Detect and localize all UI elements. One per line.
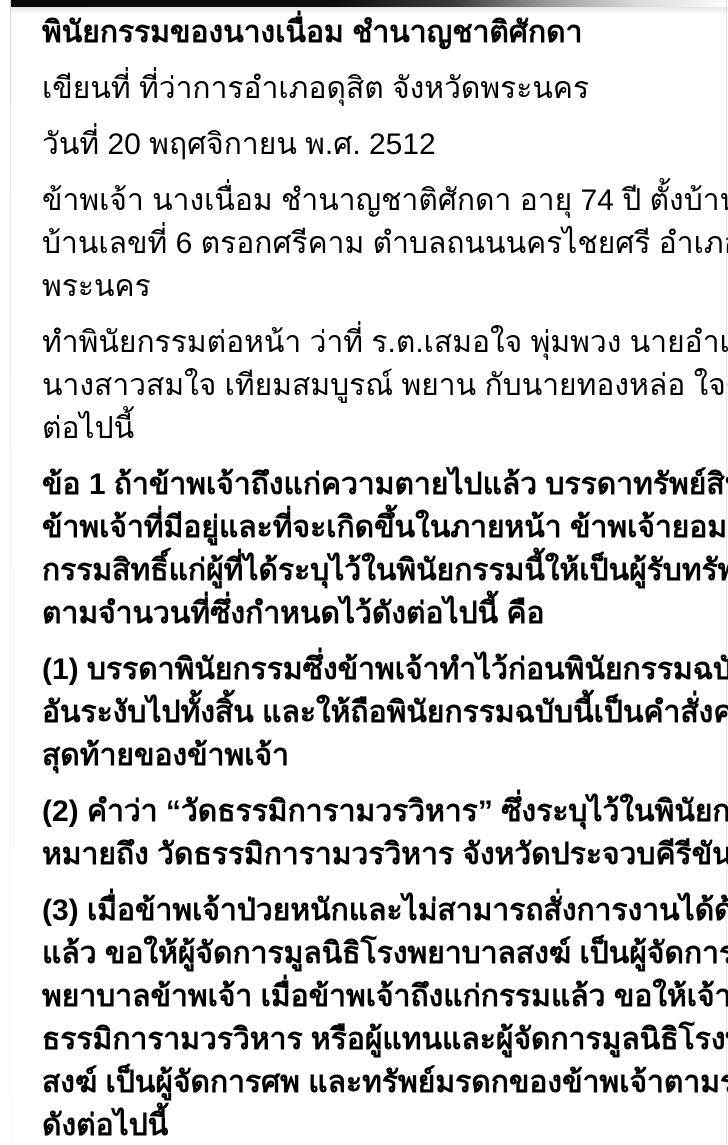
text-line: ข้อ 1 ถ้าข้าพเจ้าถึงแก่ความตายไปแล้ว บรร… — [42, 463, 694, 506]
text-line: อันระงับไปทั้งสิ้น และให้ถือพินัยกรรมฉบั… — [42, 691, 694, 734]
text-line: ธรรมิการามวรวิหาร หรือผู้แทนและผู้จัดการ… — [42, 1018, 694, 1061]
text-line: (3) เมื่อข้าพเจ้าป่วยหนักและไม่สามารถสั่… — [42, 889, 694, 932]
paragraph-testator-info: ข้าพเจ้า นางเนื่อม ชำนาญชาติศักดา อายุ 7… — [42, 179, 694, 308]
paragraph-date: วันที่ 20 พฤศจิกายน พ.ศ. 2512 — [42, 123, 694, 166]
text-line: หมายถึง วัดธรรมิการามวรวิหาร จังหวัดประจ… — [42, 833, 694, 876]
document-title: พินัยกรรมของนางเนื่อม ชำนาญชาติศักดา — [42, 11, 694, 54]
text-line: ดังต่อไปนี้ — [42, 1104, 694, 1145]
text-line: กรรมสิทธิ์แก่ผู้ที่ได้ระบุไว้ในพินัยกรรม… — [42, 549, 694, 592]
document-body: พินัยกรรมของนางเนื่อม ชำนาญชาติศักดา เขี… — [0, 0, 728, 1145]
paragraph-witnesses: ทำพินัยกรรมต่อหน้า ว่าที่ ร.ต.เสมอใจ พุ่… — [42, 321, 694, 450]
text-line: สงฆ์ เป็นผู้จัดการศพ และทรัพย์มรดกของข้า… — [42, 1061, 694, 1104]
text-line: นางสาวสมใจ เทียมสมบูรณ์ พยาน กับนายทองหล… — [42, 364, 694, 407]
paragraph-clause-1: ข้อ 1 ถ้าข้าพเจ้าถึงแก่ความตายไปแล้ว บรร… — [42, 463, 694, 635]
text-line: ข้าพเจ้าที่มีอยู่และที่จะเกิดขึ้นในภายหน… — [42, 506, 694, 549]
text-line: แล้ว ขอให้ผู้จัดการมูลนิธิโรงพยาบาลสงฆ์ … — [42, 932, 694, 975]
text-line: ข้าพเจ้า นางเนื่อม ชำนาญชาติศักดา อายุ 7… — [42, 179, 694, 222]
text-line: พระนคร — [42, 265, 694, 308]
paragraph-clause-1-item-2: (2) คำว่า “วัดธรรมิการามวรวิหาร” ซึ่งระบ… — [42, 790, 694, 876]
text-line: ตามจำนวนที่ซึ่งกำหนดไว้ดังต่อไปนี้ คือ — [42, 592, 694, 635]
text-line: (1) บรรดาพินัยกรรมซึ่งข้าพเจ้าทำไว้ก่อนพ… — [42, 648, 694, 691]
text-line: บ้านเลขที่ 6 ตรอกศรีคาม ตำบลถนนนครไชยศรี… — [42, 222, 694, 265]
paragraph-written-at: เขียนที่ ที่ว่าการอำเภอดุสิต จังหวัดพระน… — [42, 67, 694, 110]
text-line: วันที่ 20 พฤศจิกายน พ.ศ. 2512 — [42, 123, 694, 166]
text-line: สุดท้ายของข้าพเจ้า — [42, 734, 694, 777]
paragraph-clause-1-item-3: (3) เมื่อข้าพเจ้าป่วยหนักและไม่สามารถสั่… — [42, 889, 694, 1145]
scanned-will-document-page: พินัยกรรมของนางเนื่อม ชำนาญชาติศักดา เขี… — [0, 0, 728, 1145]
paragraph-clause-1-item-1: (1) บรรดาพินัยกรรมซึ่งข้าพเจ้าทำไว้ก่อนพ… — [42, 648, 694, 777]
text-line: เขียนที่ ที่ว่าการอำเภอดุสิต จังหวัดพระน… — [42, 67, 694, 110]
text-line: พยาบาลข้าพเจ้า เมื่อข้าพเจ้าถึงแก่กรรมแล… — [42, 975, 694, 1018]
text-line: ทำพินัยกรรมต่อหน้า ว่าที่ ร.ต.เสมอใจ พุ่… — [42, 321, 694, 364]
text-line: (2) คำว่า “วัดธรรมิการามวรวิหาร” ซึ่งระบ… — [42, 790, 694, 833]
text-line: ต่อไปนี้ — [42, 407, 694, 450]
